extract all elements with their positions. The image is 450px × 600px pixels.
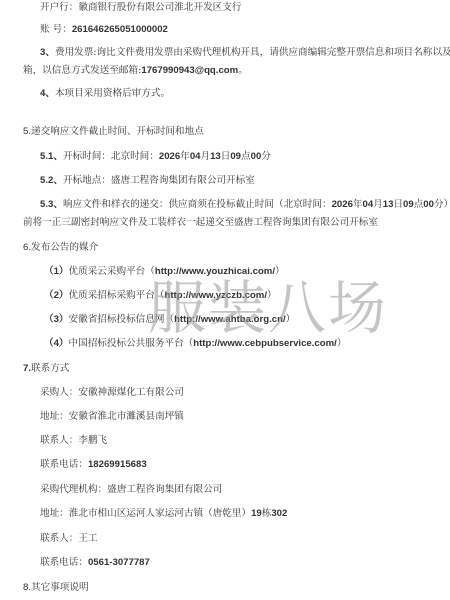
media-num: （1） [44,266,69,277]
minute: 00 [251,151,262,162]
bank-line: 开户行：徽商银行股份有限公司淮北开发区支行 [40,2,241,14]
agency-contact-line: 联系人：王工 [40,533,98,545]
hour-unit: 点 [241,151,251,162]
hour: 09 [403,199,414,210]
contact-label: 联系人： [40,435,78,446]
agency-address: 淮北市相山区运河人家运河古镇（唐乾里） [69,508,251,519]
agency-building-num: 19 [251,508,262,519]
section5-num: 5. [23,126,31,137]
agency-name-line: 采购代理机构：盛唐工程咨询集团有限公司 [40,484,222,496]
section6-heading: 6.发布公告的媒介 [23,242,98,254]
account-line: 账 号：261646265051000002 [40,24,168,36]
item3-num: 3、 [40,47,55,58]
purchaser-contact-line: 联系人：李鹏飞 [40,435,107,447]
purchaser-contact: 李鹏飞 [78,435,107,446]
item4-text: 本项目采用资格后审方式。 [55,88,170,99]
media-close: ） [286,314,296,325]
media-url-link[interactable]: http://www.yzczb.com/ [164,290,267,301]
item3-line1: 3、费用发票:询比文件费用发票由采购代理机构开具，请供应商编辑完整开票信息和项目… [40,47,450,59]
day: 13 [210,151,221,162]
item-text-cont: 前将一正三副密封响应文件及工装样衣一起递交至盛唐工程咨询集团有限公司开标室 [23,217,378,228]
phone-label: 联系电话： [40,557,88,568]
item3-text1: 费用发票:询比文件费用发票由采购代理机构开具，请供应商编辑完整开票信息和项目名称… [55,47,450,58]
year-unit: 年 [180,151,190,162]
media-item-4: （4）中国招标投标公共服务平台（http://www.cebpubservice… [44,338,346,350]
contact-label: 联系人： [40,533,78,544]
item-text: 响应文件和样衣的递交：供应商须在投标截止时间（北京时间： [63,199,332,210]
media-num: （4） [44,338,69,349]
agency-building-unit: 栋 [262,508,272,519]
section5-title: 递交响应文件截止时间、开标时间和地点 [31,126,204,137]
section7-num: 7. [23,363,31,374]
agency-contact: 王工 [78,533,97,544]
phone-label: 联系电话： [40,459,88,470]
bank-label: 开户行： [40,2,78,13]
media-item-1: （1）优质采云采购平台（http://www.youzhicai.com/） [44,266,285,278]
purchaser-address-line: 地址：安徽省淮北市濉溪县南坪镇 [40,411,184,423]
media-url-link[interactable]: http://www.ahtba.org.cn/ [174,314,286,325]
media-item-2: （2）优质采招标采购平台（http://www.yzczb.com/） [44,290,277,302]
agency-label: 采购代理机构： [40,484,107,495]
item-num: 5.3、 [40,199,63,210]
section7-title: 联系方式 [31,363,69,374]
purchaser-address: 安徽省淮北市濉溪县南坪镇 [69,411,184,422]
month: 04 [363,199,374,210]
item3-email[interactable]: 1767990943@qq.com [141,65,238,76]
section8-num: 8. [23,582,31,593]
media-close: ） [275,266,285,277]
media-url-link[interactable]: http://www.youzhicai.com/ [155,266,275,277]
agency-room-num: 302 [271,508,287,519]
month-unit: 月 [200,151,210,162]
account-label: 账 号： [40,24,72,35]
item4-num: 4、 [40,88,55,99]
month-unit: 月 [373,199,383,210]
month: 04 [190,151,201,162]
minute: 00 [423,199,434,210]
purchaser-name-line: 采购人：安徽神源煤化工有限公司 [40,387,184,399]
item-num: 5.1、 [40,151,63,162]
year: 2026 [159,151,180,162]
minute-unit: 分） [434,199,450,210]
day: 13 [383,199,394,210]
item-label: 开标时间：北京时间： [63,151,159,162]
section5-item-1: 5.1、开标时间：北京时间：2026年04月13日09点00分 [40,151,271,163]
year-unit: 年 [353,199,363,210]
media-item-3: （3）安徽省招标投标信息网（http://www.ahtba.org.cn/） [44,314,295,326]
day-unit: 日 [393,199,403,210]
media-close: ） [267,290,277,301]
media-num: （2） [44,290,69,301]
address-label: 地址： [40,508,69,519]
purchaser-phone: 18269915683 [88,459,147,470]
section5-item-3-line2: 前将一正三副密封响应文件及工装样衣一起递交至盛唐工程咨询集团有限公司开标室 [23,217,378,229]
purchaser-phone-line: 联系电话：18269915683 [40,459,147,471]
media-url-link[interactable]: http://www.cebpubservice.com/ [193,338,337,349]
item4-line: 4、本项目采用资格后审方式。 [40,88,170,100]
agency-name: 盛唐工程咨询集团有限公司 [107,484,222,495]
item3-line2: 箱，以信息方式发送至邮箱:1767990943@qq.com。 [23,65,248,77]
section5-item-3-line1: 5.3、响应文件和样衣的递交：供应商须在投标截止时间（北京时间：2026年04月… [40,199,450,211]
section7-heading: 7.联系方式 [23,363,69,375]
media-num: （3） [44,314,69,325]
purchaser-label: 采购人： [40,387,78,398]
agency-phone: 0561-3077787 [88,557,150,568]
section5-heading: 5.递交响应文件截止时间、开标时间和地点 [23,126,204,138]
section8-title: 其它事项说明 [31,582,89,593]
item3-text2: 箱，以信息方式发送至邮箱: [23,65,141,76]
purchaser-name: 安徽神源煤化工有限公司 [78,387,184,398]
watermark: 服装八场 [148,276,388,340]
hour: 09 [230,151,241,162]
item-num: 5.2、 [40,175,63,186]
section5-item-2: 5.2、开标地点：盛唐工程咨询集团有限公司开标室 [40,175,255,187]
media-name: 安徽省招标投标信息网（ [69,314,175,325]
day-unit: 日 [221,151,231,162]
minute-unit: 分 [261,151,271,162]
address-label: 地址： [40,411,69,422]
account-value: 261646265051000002 [72,24,168,35]
media-name: 中国招标投标公共服务平台（ [69,338,194,349]
item-text: 开标地点：盛唐工程咨询集团有限公司开标室 [63,175,255,186]
media-close: ） [337,338,347,349]
hour-unit: 点 [414,199,424,210]
section8-heading: 8.其它事项说明 [23,582,89,594]
agency-phone-line: 联系电话：0561-3077787 [40,557,150,569]
media-name: 优质采招标采购平台（ [69,290,165,301]
year: 2026 [332,199,353,210]
bank-value: 徽商银行股份有限公司淮北开发区支行 [78,2,241,13]
item3-tail: 。 [238,65,248,76]
section6-title: 发布公告的媒介 [31,242,98,253]
section6-num: 6. [23,242,31,253]
agency-address-line: 地址：淮北市相山区运河人家运河古镇（唐乾里）19栋302 [40,508,287,520]
media-name: 优质采云采购平台（ [69,266,155,277]
